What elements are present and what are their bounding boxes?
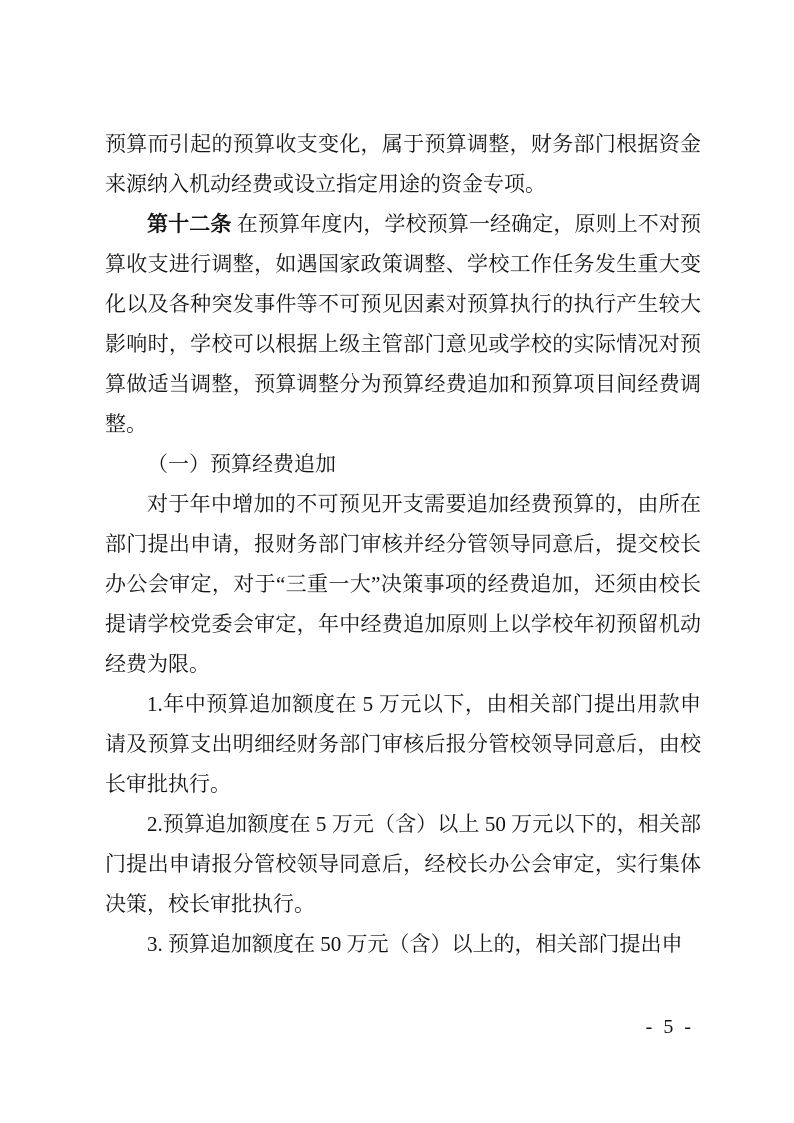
paragraph-item-3: 3. 预算追加额度在 50 万元（含）以上的，相关部门提出申 (105, 924, 701, 964)
paragraph-item-1: 1.年中预算追加额度在 5 万元以下，由相关部门提出用款申请及预算支出明细经财务… (105, 684, 701, 804)
page-number: - 5 - (646, 1015, 694, 1039)
document-body: 预算而引起的预算收支变化，属于预算调整，财务部门根据资金来源纳入机动经费或设立指… (105, 124, 701, 964)
paragraph-text: 1.年中预算追加额度在 5 万元以下，由相关部门提出用款申请及预算支出明细经财务… (105, 692, 701, 796)
article-number: 第十二条 (147, 212, 231, 236)
paragraph-text: 3. 预算追加额度在 50 万元（含）以上的，相关部门提出申 (147, 932, 683, 956)
paragraph-article-12: 第十二条 在预算年度内，学校预算一经确定，原则上不对预算收支进行调整，如遇国家政… (105, 204, 701, 444)
paragraph-section-body: 对于年中增加的不可预见开支需要追加经费预算的，由所在部门提出申请，报财务部门审核… (105, 484, 701, 684)
section-heading: （一）预算经费追加 (105, 444, 701, 484)
document-page: 预算而引起的预算收支变化，属于预算调整，财务部门根据资金来源纳入机动经费或设立指… (0, 0, 794, 1123)
paragraph-continuation: 预算而引起的预算收支变化，属于预算调整，财务部门根据资金来源纳入机动经费或设立指… (105, 124, 701, 204)
paragraph-text: 对于年中增加的不可预见开支需要追加经费预算的，由所在部门提出申请，报财务部门审核… (105, 492, 701, 676)
paragraph-text: 2.预算追加额度在 5 万元（含）以上 50 万元以下的，相关部门提出申请报分管… (105, 812, 701, 916)
paragraph-text: 在预算年度内，学校预算一经确定，原则上不对预算收支进行调整，如遇国家政策调整、学… (105, 212, 701, 436)
paragraph-item-2: 2.预算追加额度在 5 万元（含）以上 50 万元以下的，相关部门提出申请报分管… (105, 804, 701, 924)
paragraph-text: 预算而引起的预算收支变化，属于预算调整，财务部门根据资金来源纳入机动经费或设立指… (105, 132, 701, 196)
paragraph-text: （一）预算经费追加 (147, 452, 336, 476)
